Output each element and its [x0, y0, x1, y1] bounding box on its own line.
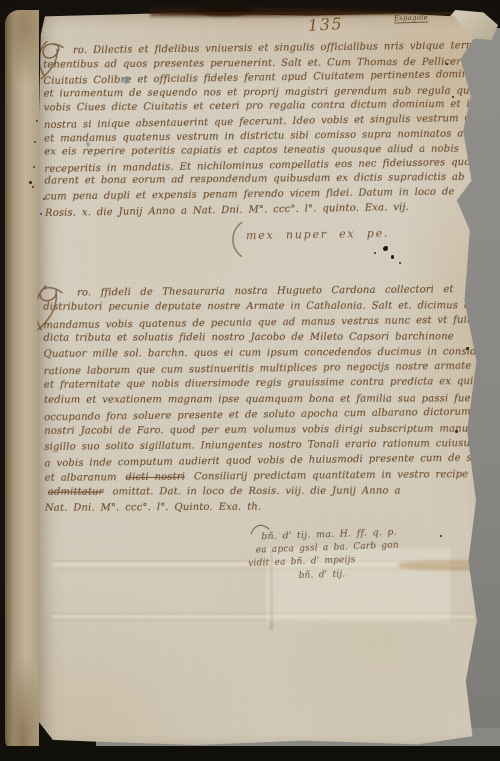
ink-dot — [29, 181, 32, 184]
flourish-squiggle-icon — [249, 521, 271, 536]
ink-dot — [455, 430, 458, 433]
manuscript-photo: 135 Espagole ro. Dilectis et fidelibus v… — [0, 0, 500, 761]
manuscript-line: Nat. Dni. M°. ccc°. l°. Quinto. Exa. th. — [45, 498, 475, 516]
ink-dot — [34, 141, 36, 143]
line-text: omittat. Dat. in loco de Rosis. viij. di… — [112, 486, 400, 498]
photo-bottom-edge — [0, 746, 500, 761]
struck-text: dicti nostri — [126, 472, 186, 484]
between-note-text: mex nuper ex pe. — [246, 227, 389, 242]
paragraph-two: ro. ffideli de Thesauraria nostra Huguet… — [43, 282, 475, 517]
ink-dot — [40, 213, 42, 215]
ink-dot — [43, 198, 45, 200]
paragraph-one: ro. Dilectis et fidelibus vniuersis et s… — [43, 39, 475, 219]
ink-dot — [399, 262, 401, 264]
line-text: Consiliarij predictam quantitatem in ves… — [194, 468, 500, 482]
between-paragraphs-note: mex nuper ex pe. — [246, 227, 389, 242]
ink-dot — [446, 63, 448, 65]
ink-blot — [391, 255, 394, 259]
line-text: et albaranum — [45, 472, 117, 484]
manuscript-page: 135 Espagole ro. Dilectis et fidelibus v… — [36, 12, 480, 748]
struck-text: admittatur — [48, 487, 104, 498]
signature-block: bñ. d' tij. ma. H. ff. q. p. ea apca gss… — [261, 526, 400, 585]
ink-dot — [466, 347, 469, 350]
ink-dot — [33, 166, 35, 168]
ink-dot — [36, 120, 38, 122]
ink-dot — [452, 96, 454, 98]
ink-dot — [440, 535, 442, 537]
ink-dot — [32, 186, 34, 188]
paren-flourish-icon — [228, 219, 245, 259]
ink-dot — [374, 252, 376, 254]
binding-edge — [5, 10, 39, 750]
burnt-top-edge — [160, 12, 452, 15]
